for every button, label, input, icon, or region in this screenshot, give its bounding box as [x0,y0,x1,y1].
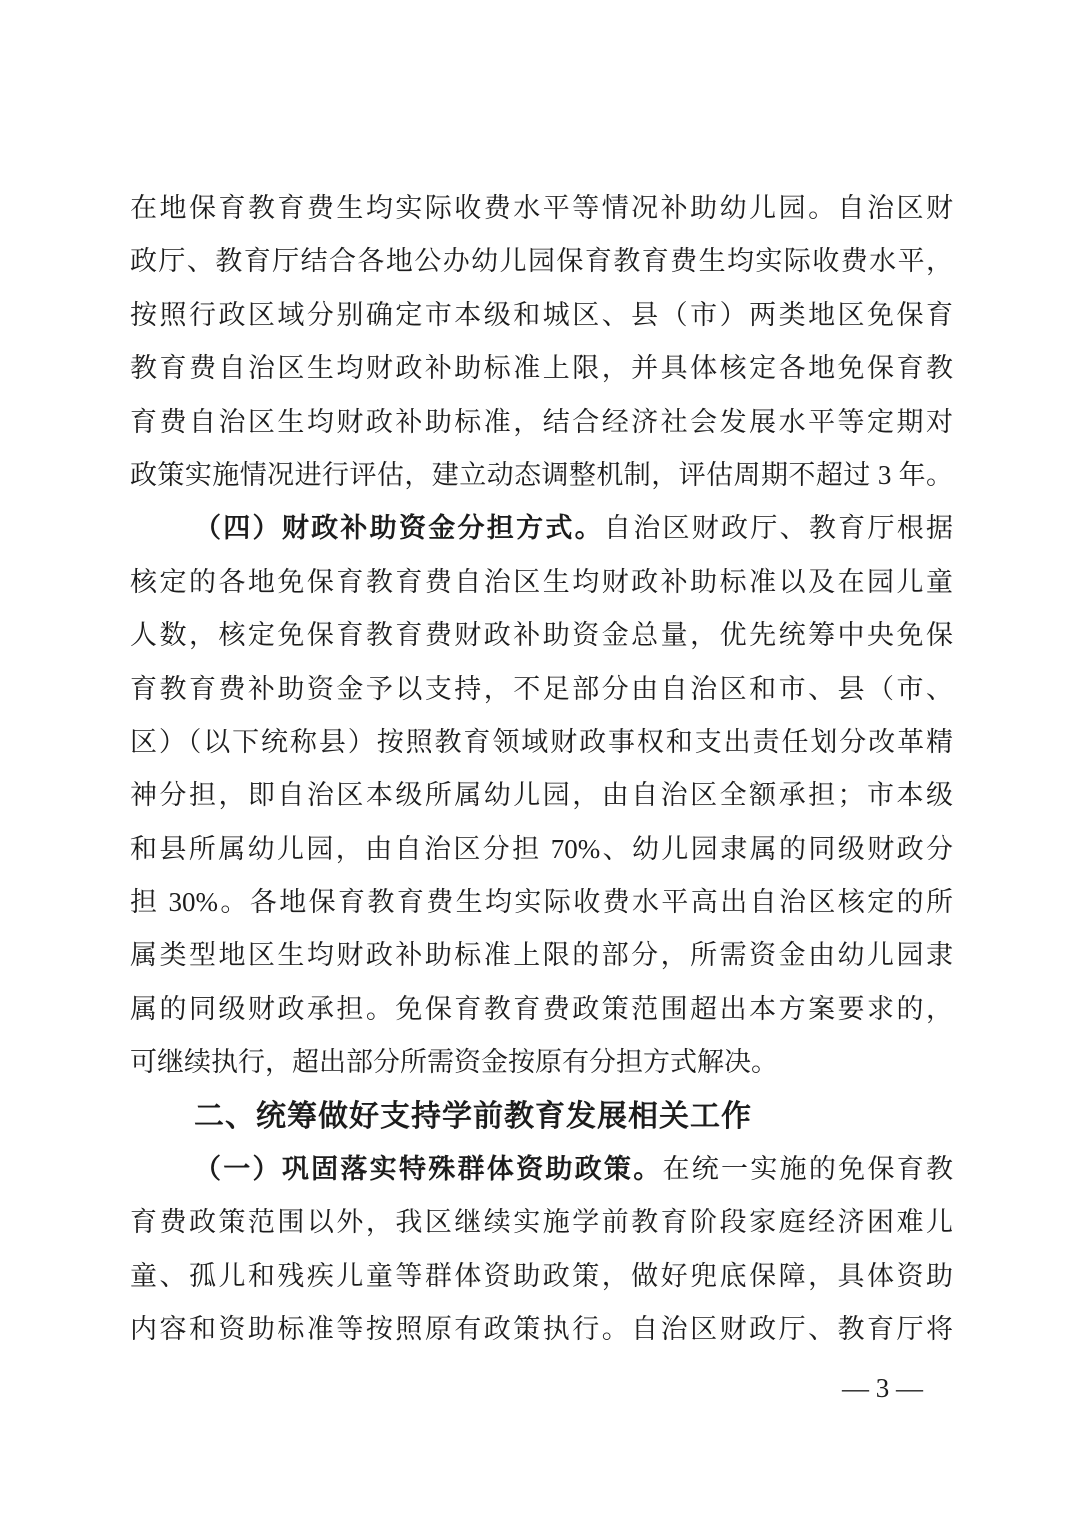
line-text: 人数，核定免保育教育费财政补助资金总量，优先统筹中央免保 [130,620,953,650]
line-text: 育费政策范围以外，我区继续实施学前教育阶段家庭经济困难儿 [130,1207,953,1237]
line-text: 属的同级财政承担。免保育教育费政策范围超出本方案要求的， [130,994,953,1024]
line-text: 教育费自治区生均财政补助标准上限，并具体核定各地免保育教 [130,353,953,383]
document-line: 属类型地区生均财政补助标准上限的部分，所需资金由幼儿园隶 [130,929,953,982]
document-line: 政策实施情况进行评估，建立动态调整机制，评估周期不超过 3 年。 [130,449,953,502]
line-text: 育费自治区生均财政补助标准，结合经济社会发展水平等定期对 [130,407,953,437]
heading-text: 二、统筹做好支持学前教育发展相关工作 [194,1100,752,1133]
paragraph-start-line: （一）巩固落实特殊群体资助政策。在统一实施的免保育教 [130,1143,953,1196]
document-line: 神分担，即自治区本级所属幼儿园，由自治区全额承担；市本级 [130,769,953,822]
line-text: 神分担，即自治区本级所属幼儿园，由自治区全额承担；市本级 [130,780,953,810]
document-page: 在地保育教育费生均实际收费水平等情况补助幼儿园。自治区财 政厅、教育厅结合各地公… [0,0,1080,1527]
document-line: 在地保育教育费生均实际收费水平等情况补助幼儿园。自治区财 [130,182,953,235]
line-text: 政厅、教育厅结合各地公办幼儿园保育教育费生均实际收费水平， [130,246,953,276]
document-line: 和县所属幼儿园，由自治区分担 70%、幼儿园隶属的同级财政分 [130,823,953,876]
paragraph-end-line: 可继续执行，超出部分所需资金按原有分担方式解决。 [130,1036,953,1089]
line-text: 内容和资助标准等按照原有政策执行。自治区财政厅、教育厅将 [130,1314,953,1344]
document-line: 育教育费补助资金予以支持，不足部分由自治区和市、县（市、 [130,663,953,716]
paragraph-start-line: （四）财政补助资金分担方式。自治区财政厅、教育厅根据 [130,502,953,555]
paragraph-lead: （四）财政补助资金分担方式。 [194,513,604,543]
document-line: 育费政策范围以外，我区继续实施学前教育阶段家庭经济困难儿 [130,1196,953,1249]
page-number: — 3 — [0,1368,923,1408]
document-line: 担 30%。各地保育教育费生均实际收费水平高出自治区核定的所 [130,876,953,929]
line-text: 核定的各地免保育教育费自治区生均财政补助标准以及在园儿童 [130,567,953,597]
line-text: 属类型地区生均财政补助标准上限的部分，所需资金由幼儿园隶 [130,940,953,970]
section-heading: 二、统筹做好支持学前教育发展相关工作 [130,1090,953,1143]
line-text: 育教育费补助资金予以支持，不足部分由自治区和市、县（市、 [130,674,953,704]
line-text: 和县所属幼儿园，由自治区分担 70%、幼儿园隶属的同级财政分 [130,834,953,864]
paragraph-lead: （一）巩固落实特殊群体资助政策。 [194,1154,662,1184]
line-text: 政策实施情况进行评估，建立动态调整机制，评估周期不超过 3 年。 [130,460,953,490]
line-text: 童、孤儿和残疾儿童等群体资助政策，做好兜底保障，具体资助 [130,1261,953,1291]
document-line: 内容和资助标准等按照原有政策执行。自治区财政厅、教育厅将 [130,1303,953,1356]
document-line: 核定的各地免保育教育费自治区生均财政补助标准以及在园儿童 [130,556,953,609]
line-text: 在地保育教育费生均实际收费水平等情况补助幼儿园。自治区财 [130,193,953,223]
line-text: 担 30%。各地保育教育费生均实际收费水平高出自治区核定的所 [130,887,953,917]
document-line: 属的同级财政承担。免保育教育费政策范围超出本方案要求的， [130,983,953,1036]
document-line: 教育费自治区生均财政补助标准上限，并具体核定各地免保育教 [130,342,953,395]
document-line: 人数，核定免保育教育费财政补助资金总量，优先统筹中央免保 [130,609,953,662]
line-text: 可继续执行，超出部分所需资金按原有分担方式解决。 [130,1047,778,1077]
line-text: 按照行政区域分别确定市本级和城区、县（市）两类地区免保育 [130,300,953,330]
document-line: 政厅、教育厅结合各地公办幼儿园保育教育费生均实际收费水平， [130,235,953,288]
line-text: 区）（以下统称县）按照教育领域财政事权和支出责任划分改革精 [130,727,953,757]
document-line: 区）（以下统称县）按照教育领域财政事权和支出责任划分改革精 [130,716,953,769]
document-line: 育费自治区生均财政补助标准，结合经济社会发展水平等定期对 [130,396,953,449]
line-text: 自治区财政厅、教育厅根据 [604,513,953,543]
line-text: 在统一实施的免保育教 [662,1154,953,1184]
document-body: 在地保育教育费生均实际收费水平等情况补助幼儿园。自治区财 政厅、教育厅结合各地公… [130,182,953,1357]
document-line: 按照行政区域分别确定市本级和城区、县（市）两类地区免保育 [130,289,953,342]
document-line: 童、孤儿和残疾儿童等群体资助政策，做好兜底保障，具体资助 [130,1250,953,1303]
